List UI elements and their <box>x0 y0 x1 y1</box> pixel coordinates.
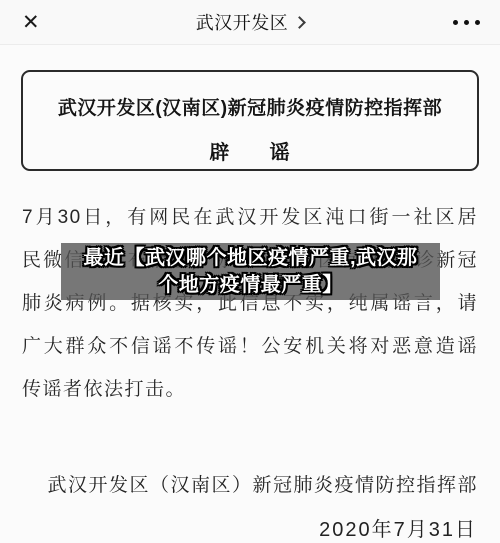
overlay-text-line: 个地方疫情最严重】 <box>158 272 343 299</box>
notice-header-box: 武汉开发区(汉南区)新冠肺炎疫情防控指挥部 辟 谣 <box>21 70 479 171</box>
chevron-right-icon <box>293 16 306 29</box>
notice-date: 2020年7月31日 <box>319 513 477 542</box>
overlay-text-line: 最近【武汉哪个地区疫情严重,武汉那 <box>83 245 417 272</box>
close-icon[interactable]: ✕ <box>22 0 52 45</box>
top-bar: ✕ 武汉开发区 <box>0 0 500 45</box>
overlay-watermark-banner: 最近【武汉哪个地区疫情严重,武汉那 个地方疫情最严重】 <box>61 243 440 300</box>
notice-title: 武汉开发区(汉南区)新冠肺炎疫情防控指挥部 <box>23 93 477 120</box>
notice-body: 7月30日，有网民在武汉开发区沌口街一社区居 民微信群发布信息，称沌口一小区有2… <box>22 196 478 411</box>
more-menu-icon[interactable] <box>453 0 480 45</box>
body-line: 传谣者依法打击。 <box>22 368 478 411</box>
account-title-link[interactable]: 武汉开发区 <box>196 9 305 35</box>
body-line: 7月30日，有网民在武汉开发区沌口街一社区居 <box>22 196 478 239</box>
notice-subtitle-piyao: 辟 谣 <box>23 136 477 165</box>
body-line: 广大群众不信谣不传谣！公安机关将对恶意造谣 <box>22 325 478 368</box>
page-title: 武汉开发区 <box>196 9 289 35</box>
wechat-article-screen: ✕ 武汉开发区 武汉开发区(汉南区)新冠肺炎疫情防控指挥部 辟 谣 7月30日，… <box>0 0 500 543</box>
notice-signature: 武汉开发区（汉南区）新冠肺炎疫情防控指挥部 <box>47 470 478 497</box>
